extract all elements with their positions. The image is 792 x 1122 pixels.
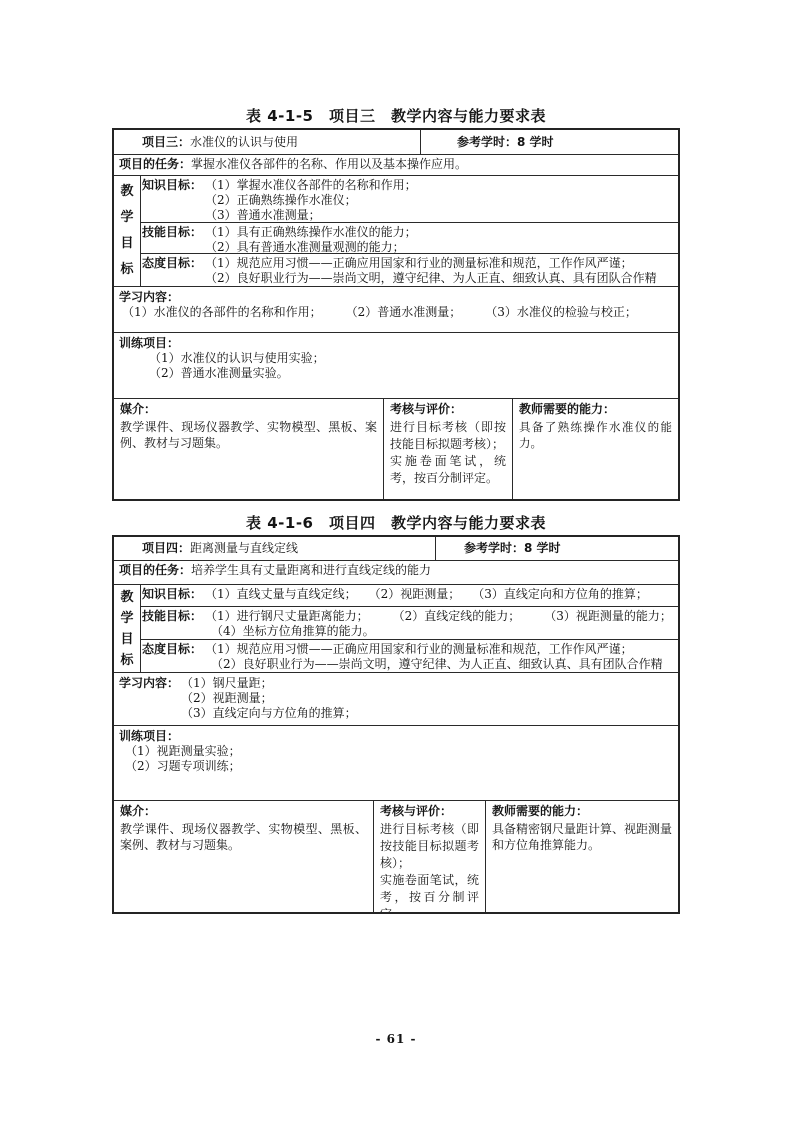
table2-hours-value: 8 学时	[524, 541, 561, 555]
table2-assessment-cell: 考核与评价： 进行目标考核（即按技能目标拟题考核）； 实施卷面笔试，统考，按百分…	[374, 801, 486, 912]
knowledge-goal-content: （1）直线丈量与直线定线； （2）视距测量； （3）直线定向和方位角的推算；	[205, 587, 675, 606]
table2-learning-label: 学习内容：	[119, 676, 181, 725]
table1-assessment-cell: 考核与评价： 进行目标考核（即按技能目标拟题考核）； 实施卷面笔试，统考，按百分…	[384, 399, 513, 499]
table-4-1-6: 项目四：距离测量与直线定线 参考学时：8 学时 项目的任务：培养学生具有丈量距离…	[112, 535, 680, 914]
table2-media-cell: 媒介： 教学课件、现场仪器教学、实物模型、黑板、案例、教材与习题集。	[114, 801, 374, 912]
page-number: - 61 -	[0, 1032, 792, 1046]
table2-teacher-text: 具备精密钢尺量距计算、视距测量和方位角推算能力。	[492, 821, 672, 853]
attitude-goal-content: （1）规范应用习惯——正确应用国家和行业的测量标准和规范，工作作风严谨； （2）…	[205, 642, 675, 672]
table1-goals-body: 知识目标： （1）掌握水准仪各部件的名称和作用； （2）正确熟练操作水准仪； （…	[141, 176, 678, 286]
table1-attitude-goal: 态度目标： （1）规范应用习惯——正确应用国家和行业的测量标准和规范，工作作风严…	[141, 253, 678, 286]
table1-hours-cell: 参考学时：8 学时	[421, 130, 678, 154]
table2-learning-row: 学习内容： （1）钢尺量距； （2）视距测量； （3）直线定向与方位角的推算；	[114, 672, 678, 725]
table2-skill-goal: 技能目标： （1）进行钢尺丈量距离能力； （2）直线定线的能力； （3）视距测量…	[141, 606, 678, 639]
table1-media-text: 教学课件、现场仪器教学、实物模型、黑板、案例、教材与习题集。	[120, 419, 377, 451]
skill-goal-content: （1）具有正确熟练操作水准仪的能力； （2）具有普通水准测量观测的能力；	[205, 225, 675, 253]
table2-goals-body: 知识目标： （1）直线丈量与直线定线； （2）视距测量； （3）直线定向和方位角…	[141, 585, 678, 672]
table1-task-label: 项目的任务：	[119, 157, 191, 171]
table2-training-row: 训练项目： （1）视距测量实验； （2）习题专项训练；	[114, 725, 678, 800]
table2-training-label: 训练项目：	[119, 729, 673, 744]
table1-assessment-text: 进行目标考核（即按技能目标拟题考核）； 实施卷面笔试，统考，按百分制评定。	[390, 419, 506, 487]
table2-project-label: 项目四：	[142, 541, 190, 555]
table1-assessment-label: 考核与评价：	[390, 402, 506, 417]
attitude-goal-label: 态度目标：	[142, 642, 205, 672]
table1-teacher-label: 教师需要的能力：	[519, 402, 672, 417]
table1-training-row: 训练项目： （1）水准仪的认识与使用实验； （2）普通水准测量实验。	[114, 332, 678, 398]
table2-goals-header: 教 学 目 标	[114, 585, 141, 672]
table1-project-label: 项目三：	[142, 135, 190, 149]
table2-project-cell: 项目四：距离测量与直线定线	[114, 537, 436, 560]
table1-training-label: 训练项目：	[119, 336, 673, 351]
table1-knowledge-goal: 知识目标： （1）掌握水准仪各部件的名称和作用； （2）正确熟练操作水准仪； （…	[141, 176, 678, 222]
table2-title: 表 4-1-6 项目四 教学内容与能力要求表	[0, 512, 792, 533]
knowledge-goal-content: （1）掌握水准仪各部件的名称和作用； （2）正确熟练操作水准仪； （3）普通水准…	[205, 178, 675, 222]
attitude-goal-content: （1）规范应用习惯——正确应用国家和行业的测量标准和规范，工作作风严谨； （2）…	[205, 256, 675, 286]
table2-assessment-text: 进行目标考核（即按技能目标拟题考核）； 实施卷面笔试，统考，按百分制评定。	[380, 821, 479, 912]
table-4-1-5: 项目三：水准仪的认识与使用 参考学时：8 学时 项目的任务：掌握水准仪各部件的名…	[112, 128, 680, 501]
table1-teacher-text: 具备了熟练操作水准仪的能力。	[519, 419, 672, 451]
skill-goal-content: （1）进行钢尺丈量距离能力； （2）直线定线的能力； （3）视距测量的能力； （…	[205, 609, 675, 639]
table1-learning-row: 学习内容： （1）水准仪的各部件的名称和作用； （2）普通水准测量； （3）水准…	[114, 286, 678, 332]
table1-media-label: 媒介：	[120, 402, 377, 417]
table2-project-name: 距离测量与直线定线	[190, 541, 298, 555]
table2-hours-cell: 参考学时：8 学时	[436, 537, 678, 560]
table1-title: 表 4-1-5 项目三 教学内容与能力要求表	[0, 105, 792, 126]
table1-training-items: （1）水准仪的认识与使用实验； （2）普通水准测量实验。	[149, 351, 673, 381]
table2-header-row: 项目四：距离测量与直线定线 参考学时：8 学时	[114, 537, 678, 560]
table2-teacher-cell: 教师需要的能力： 具备精密钢尺量距计算、视距测量和方位角推算能力。	[486, 801, 678, 912]
table1-hours-value: 8 学时	[517, 135, 554, 149]
table2-task-row: 项目的任务：培养学生具有丈量距离和进行直线定线的能力	[114, 560, 678, 584]
attitude-goal-label: 态度目标：	[142, 256, 205, 286]
table1-teacher-cell: 教师需要的能力： 具备了熟练操作水准仪的能力。	[513, 399, 678, 499]
table1-goals-header: 教 学 目 标	[114, 176, 141, 286]
table2-knowledge-goal: 知识目标： （1）直线丈量与直线定线； （2）视距测量； （3）直线定向和方位角…	[141, 585, 678, 606]
table2-media-row: 媒介： 教学课件、现场仪器教学、实物模型、黑板、案例、教材与习题集。 考核与评价…	[114, 800, 678, 912]
table2-media-text: 教学课件、现场仪器教学、实物模型、黑板、案例、教材与习题集。	[120, 821, 367, 853]
table1-learning-content: （1）水准仪的各部件的名称和作用； （2）普通水准测量； （3）水准仪的检验与校…	[122, 305, 673, 320]
skill-goal-label: 技能目标：	[142, 225, 205, 253]
table1-project-cell: 项目三：水准仪的认识与使用	[114, 130, 421, 154]
table2-goals-row: 教 学 目 标 知识目标： （1）直线丈量与直线定线； （2）视距测量； （3）…	[114, 584, 678, 672]
table1-project-name: 水准仪的认识与使用	[190, 135, 298, 149]
skill-goal-label: 技能目标：	[142, 609, 205, 639]
document-page: 表 4-1-5 项目三 教学内容与能力要求表 项目三：水准仪的认识与使用 参考学…	[0, 0, 792, 1122]
table2-task-text: 培养学生具有丈量距离和进行直线定线的能力	[191, 563, 431, 577]
table1-hours-label: 参考学时：	[457, 135, 517, 149]
table1-task-text: 掌握水准仪各部件的名称、作用以及基本操作应用。	[191, 157, 467, 171]
table2-learning-content: （1）钢尺量距； （2）视距测量； （3）直线定向与方位角的推算；	[181, 676, 675, 725]
table2-training-items: （1）视距测量实验； （2）习题专项训练；	[125, 744, 673, 774]
table1-skill-goal: 技能目标： （1）具有正确熟练操作水准仪的能力； （2）具有普通水准测量观测的能…	[141, 222, 678, 253]
table2-teacher-label: 教师需要的能力：	[492, 804, 672, 819]
table2-task-label: 项目的任务：	[119, 563, 191, 577]
table1-media-row: 媒介： 教学课件、现场仪器教学、实物模型、黑板、案例、教材与习题集。 考核与评价…	[114, 398, 678, 499]
table2-hours-label: 参考学时：	[464, 541, 524, 555]
knowledge-goal-label: 知识目标：	[142, 587, 205, 606]
table1-learning-label: 学习内容：	[119, 290, 673, 305]
table2-media-label: 媒介：	[120, 804, 367, 819]
table2-assessment-label: 考核与评价：	[380, 804, 479, 819]
table2-attitude-goal: 态度目标： （1）规范应用习惯——正确应用国家和行业的测量标准和规范，工作作风严…	[141, 639, 678, 672]
knowledge-goal-label: 知识目标：	[142, 178, 205, 222]
table1-header-row: 项目三：水准仪的认识与使用 参考学时：8 学时	[114, 130, 678, 154]
table1-task-row: 项目的任务：掌握水准仪各部件的名称、作用以及基本操作应用。	[114, 154, 678, 175]
table1-media-cell: 媒介： 教学课件、现场仪器教学、实物模型、黑板、案例、教材与习题集。	[114, 399, 384, 499]
table1-goals-row: 教 学 目 标 知识目标： （1）掌握水准仪各部件的名称和作用； （2）正确熟练…	[114, 175, 678, 286]
